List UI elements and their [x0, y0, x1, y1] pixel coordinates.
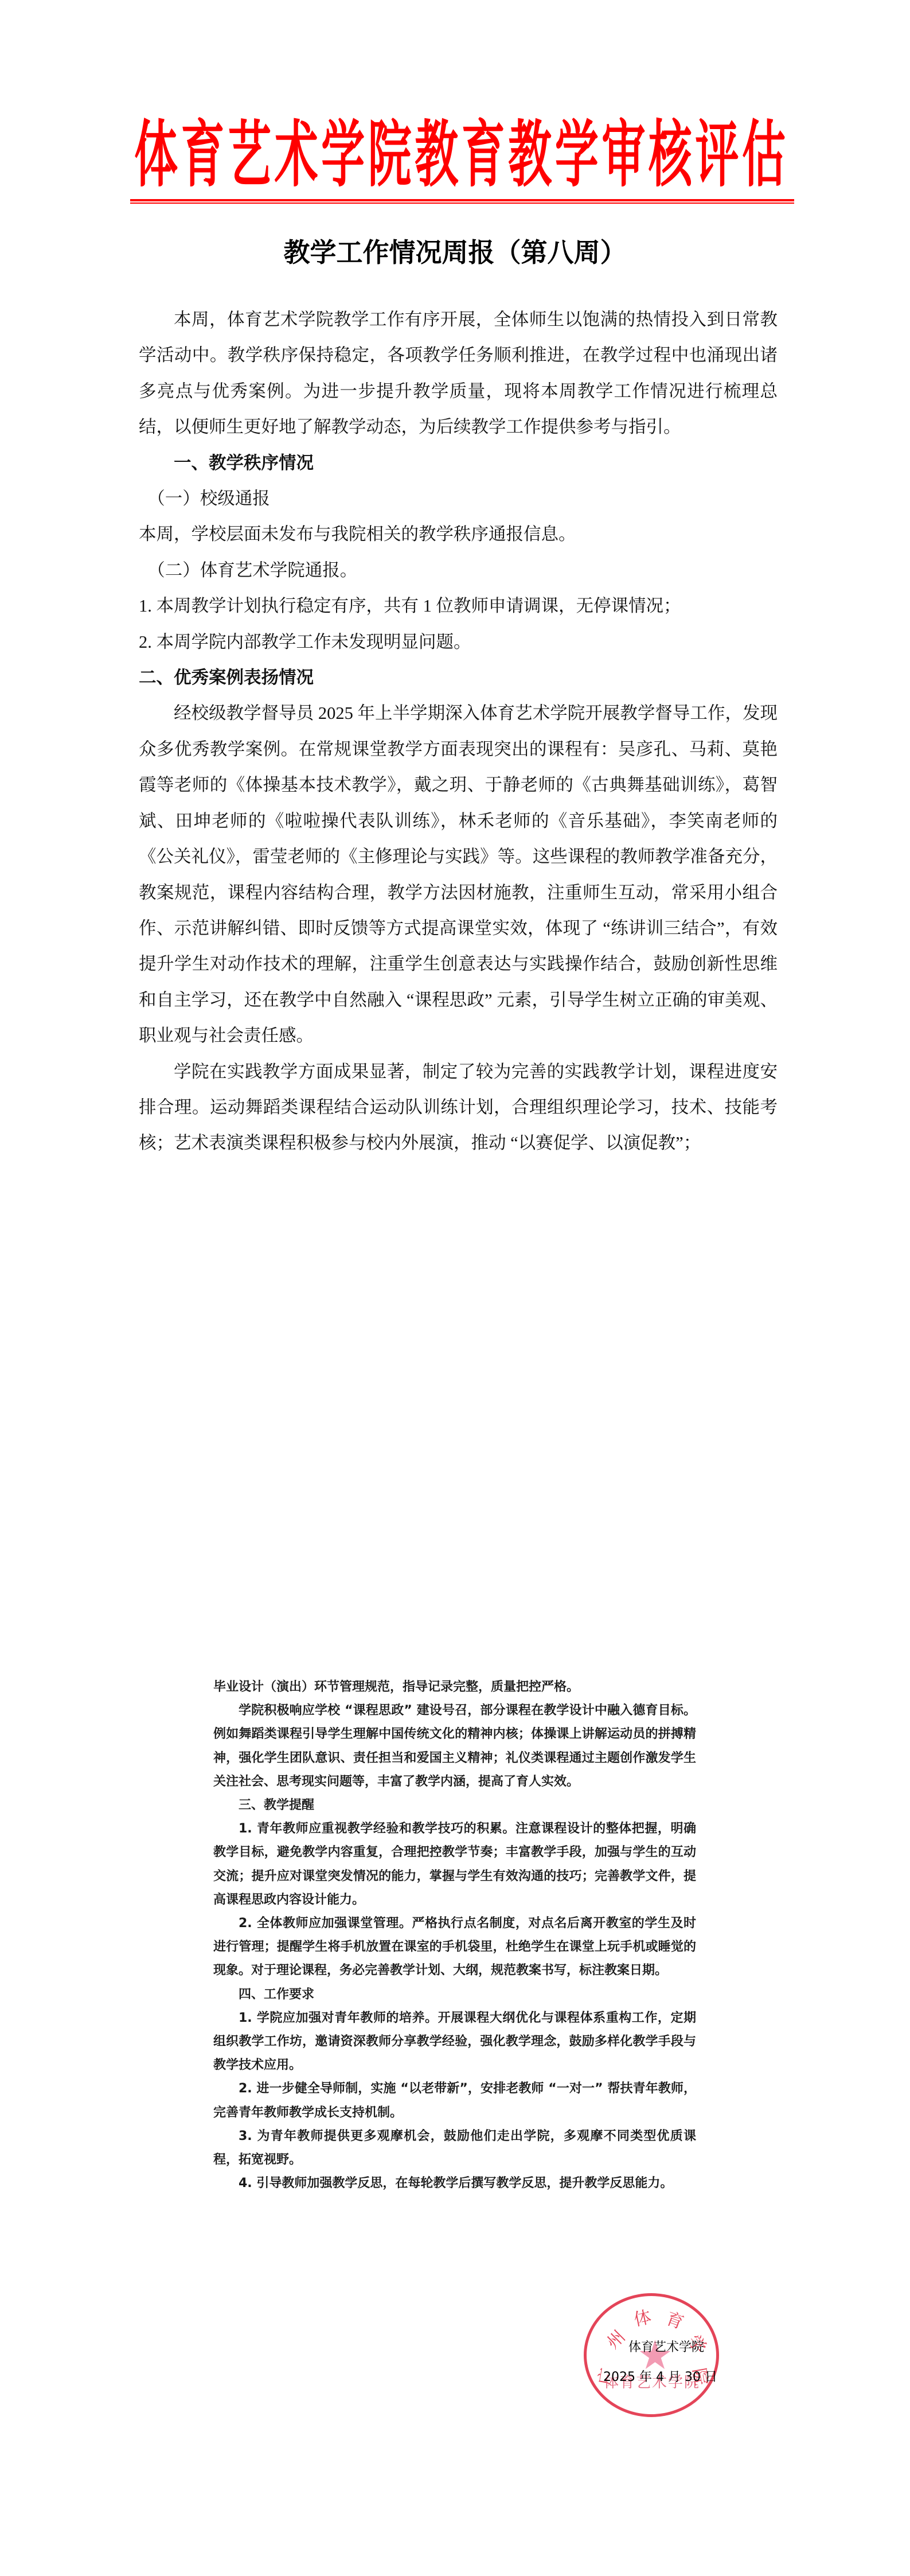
section-2-heading: 二、优秀案例表扬情况: [139, 660, 778, 695]
masthead-rule-thick: [130, 199, 794, 201]
section-1-item: 2. 本周学院内部教学工作未发现明显问题。: [139, 624, 778, 660]
intro-paragraph: 本周，体育艺术学院教学工作有序开展，全体师生以饱满的热情投入到日常教学活动中。教…: [139, 302, 778, 445]
section-3-item: 1. 青年教师应重视教学经验和教学技巧的积累。注意课程设计的整体把握，明确教学目…: [213, 1817, 696, 1912]
seal-arc-char: 州: [600, 2324, 630, 2353]
section-4-item: 3. 为青年教师提供更多观摩机会，鼓励他们走出学院，多观摩不同类型优质课程，拓宽…: [213, 2124, 696, 2172]
official-seal: 广 州 体 育 学 院 ★ 体育艺术学院: [584, 2293, 719, 2417]
seal-arc-char: 体: [631, 2302, 653, 2330]
section-4-heading: 四、工作要求: [213, 1983, 696, 2006]
section-3-item: 2. 全体教师应加强课堂管理。严格执行点名制度，对点名后离开教室的学生及时进行管…: [213, 1912, 696, 1983]
section-2-paragraph: 学院积极响应学校 “课程思政” 建设号召，部分课程在教学设计中融入德育目标。例如…: [213, 1699, 696, 1793]
section-3-heading: 三、教学提醒: [213, 1793, 696, 1817]
section-4-item: 2. 进一步健全导师制，实施 “以老带新”，安排老教师 “一对一” 帮扶青年教师…: [213, 2077, 696, 2124]
section-2-paragraph: 学院在实践教学方面成果显著，制定了较为完善的实践教学计划，课程进度安排合理。运动…: [139, 1054, 778, 1161]
masthead-rule-thin: [130, 203, 794, 204]
section-1-sub1-heading: （一）校级通报: [139, 481, 778, 516]
section-2-continuation: 毕业设计（演出）环节管理规范，指导记录完整，质量把控严格。: [213, 1675, 696, 1699]
section-1-heading: 一、教学秩序情况: [139, 445, 778, 481]
signature-organization: 体育艺术学院: [628, 2337, 704, 2355]
page-1-body: 本周，体育艺术学院教学工作有序开展，全体师生以饱满的热情投入到日常教学活动中。教…: [139, 302, 778, 1161]
seal-arc-char: 育: [663, 2304, 688, 2334]
signature-date: 2025 年 4 月 30 日: [603, 2367, 717, 2385]
section-4-item: 1. 学院应加强对青年教师的培养。开展课程大纲优化与课程体系重构工作，定期组织教…: [213, 2006, 696, 2077]
masthead-title: 体 育 艺 术 学 院 教 育 教 学 审 核 评 估: [133, 115, 787, 195]
page-2-body: 毕业设计（演出）环节管理规范，指导记录完整，质量把控严格。 学院积极响应学校 “…: [213, 1675, 696, 2195]
section-2-paragraph: 经校级教学督导员 2025 年上半学期深入体育艺术学院开展教学督导工作，发现众多…: [139, 695, 778, 1053]
section-1-sub1-text: 本周，学校层面未发布与我院相关的教学秩序通报信息。: [139, 516, 778, 552]
document-title: 教学工作情况周报（第八周）: [0, 234, 910, 271]
section-1-sub2-heading: （二）体育艺术学院通报。: [139, 552, 778, 588]
section-1-item: 1. 本周教学计划执行稳定有序，共有 1 位教师申请调课，无停课情况；: [139, 588, 778, 624]
section-4-item: 4. 引导教师加强教学反思，在每轮教学后撰写教学反思，提升教学反思能力。: [213, 2172, 696, 2195]
